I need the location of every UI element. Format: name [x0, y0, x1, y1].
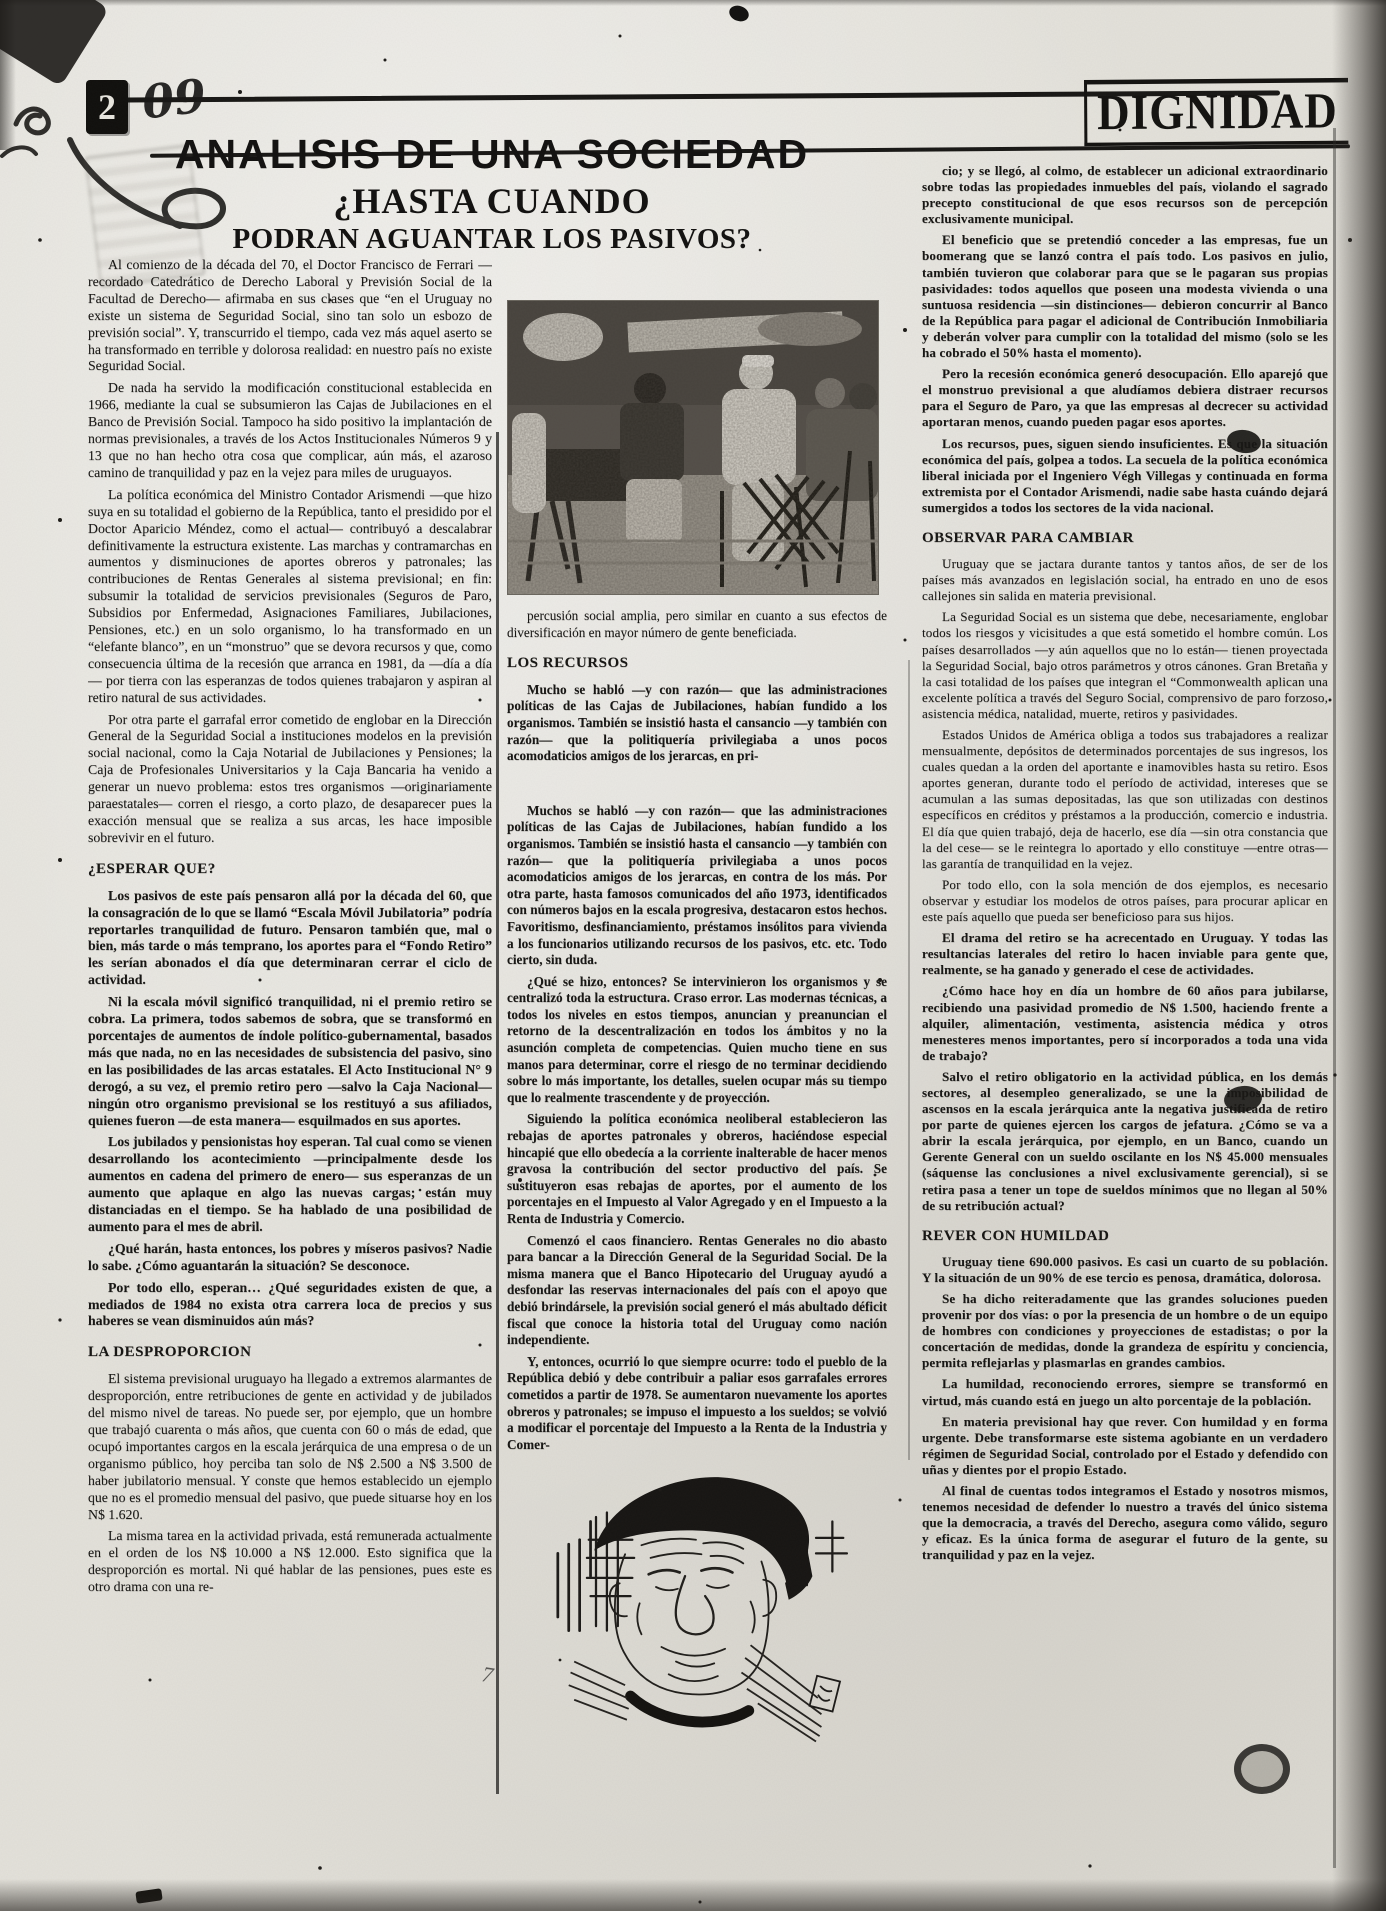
newspaper-page: DIGNIDAD 2 09 7 ANALISIS DE UNA SOCIEDAD… [0, 0, 1386, 1911]
body-paragraph: Y, entonces, ocurrió lo que siempre ocur… [507, 1354, 887, 1454]
article-title-line2: ¿HASTA CUANDO [92, 180, 892, 222]
column-left: Al comienzo de la década del 70, el Doct… [88, 257, 492, 1835]
body-paragraph: Por todo ello, con la sola mención de do… [922, 877, 1328, 925]
masthead: DIGNIDAD [1084, 78, 1348, 146]
body-paragraph: Pero la recesión económica generó desocu… [922, 366, 1328, 430]
body-paragraph: ¿Cómo hace hoy en día un hombre de 60 añ… [922, 983, 1328, 1063]
body-paragraph: Por otra parte el garrafal error cometid… [88, 712, 492, 847]
body-paragraph: percusión social amplia, pero similar en… [507, 608, 887, 641]
body-paragraph: El sistema previsional uruguayo ha llega… [88, 1371, 492, 1523]
body-paragraph: Uruguay que se jactara durante tantos y … [922, 556, 1328, 604]
cartoon-old-man-with-beret [507, 1467, 885, 1767]
section-heading-rever-con-humildad: REVER CON HUMILDAD [922, 1228, 1328, 1244]
body-paragraph: Al comienzo de la década del 70, el Doct… [88, 257, 492, 375]
body-paragraph: Estados Unidos de América obliga a todos… [922, 727, 1328, 872]
column-right: cio; y se llegó, al colmo, de establecer… [922, 163, 1328, 1803]
photo-pensioners-in-park [507, 300, 879, 595]
section-heading-esperar-que: ¿ESPERAR QUE? [88, 861, 492, 878]
body-paragraph: Salvo el retiro obligatorio en la activi… [922, 1069, 1328, 1214]
body-paragraph: Uruguay tiene 690.000 pasivos. Es casi u… [922, 1254, 1328, 1286]
column-rule-right [908, 660, 910, 1460]
body-paragraph: ¿Qué se hizo, entonces? Se intervinieron… [507, 974, 887, 1107]
body-paragraph: cio; y se llegó, al colmo, de establecer… [922, 163, 1328, 227]
scan-edge-shadow-left [0, 0, 16, 150]
body-paragraph: Mucho se habló —y con razón— que las adm… [507, 682, 887, 765]
article-title-line3: PODRAN AGUANTAR LOS PASIVOS? [92, 223, 892, 256]
body-paragraph: La humildad, reconociendo errores, siemp… [922, 1376, 1328, 1408]
body-paragraph: Siguiendo la política económica neoliber… [507, 1111, 887, 1227]
body-paragraph: Se ha dicho reiteradamente que las grand… [922, 1291, 1328, 1371]
body-paragraph: Comenzó el caos financiero. Rentas Gener… [507, 1233, 887, 1349]
section-heading-los-recursos: LOS RECURSOS [507, 655, 887, 672]
scan-edge-shadow-right [1332, 0, 1386, 1911]
ink-blot [727, 3, 751, 24]
section-heading-la-desproporcion: LA DESPROPORCION [88, 1344, 492, 1361]
body-paragraph: La Seguridad Social es un sistema que de… [922, 609, 1328, 722]
body-paragraph: El drama del retiro se ha acrecentado en… [922, 930, 1328, 978]
scan-edge-shadow-top [0, 0, 1386, 6]
scan-edge-shadow-bottom [0, 1879, 1386, 1911]
column-middle: percusión social amplia, pero similar en… [507, 300, 887, 1890]
body-paragraph: Los jubilados y pensionistas hoy esperan… [88, 1134, 492, 1235]
body-paragraph: ¿Qué harán, hasta entonces, los pobres y… [88, 1241, 492, 1275]
body-paragraph: Los pasivos de este país pensaron allá p… [88, 888, 492, 989]
column-rule-left [496, 432, 499, 1794]
body-paragraph: Por todo ello, esperan… ¿Qué seguridades… [88, 1280, 492, 1331]
body-paragraph: El beneficio que se pretendió conceder a… [922, 232, 1328, 361]
body-paragraph: Al final de cuentas todos integramos el … [922, 1483, 1328, 1563]
article-kicker: ANALISIS DE UNA SOCIEDAD [92, 131, 892, 178]
section-heading-observar-para-cambiar: OBSERVAR PARA CAMBIAR [922, 530, 1328, 546]
body-paragraph: Los recursos, pues, siguen siendo insufi… [922, 436, 1328, 516]
body-paragraph: Muchos se habló —y con razón— que las ad… [507, 803, 887, 969]
ink-smudge-ring [1234, 1744, 1290, 1794]
body-paragraph: La política económica del Ministro Conta… [88, 487, 492, 707]
body-paragraph: La misma tarea en la actividad privada, … [88, 1528, 492, 1596]
body-paragraph: Ni la escala móvil significó tranquilida… [88, 994, 492, 1129]
body-paragraph: De nada ha servido la modificación const… [88, 380, 492, 481]
body-paragraph: En materia previsional hay que rever. Co… [922, 1414, 1328, 1478]
